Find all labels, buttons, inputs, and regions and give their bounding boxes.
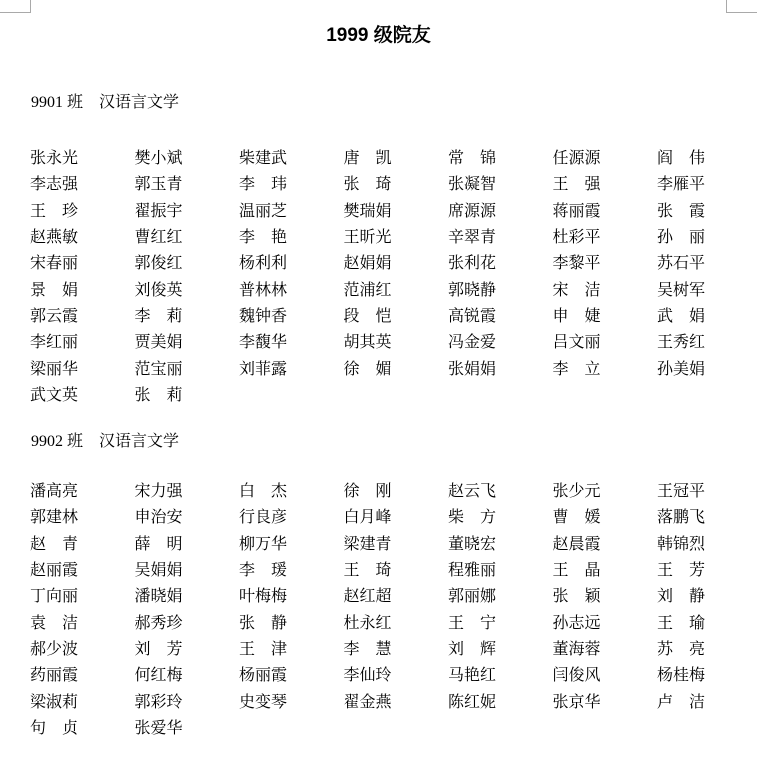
alumni-name: 刘俊英 (135, 278, 240, 304)
alumni-name: 白月峰 (344, 505, 449, 531)
alumni-name: 翟振宇 (135, 199, 240, 225)
alumni-name: 药丽霞 (30, 663, 135, 689)
alumni-name: 张 莉 (135, 383, 240, 409)
alumni-name: 张娟娟 (448, 357, 553, 383)
margin-crop-mark-right (726, 0, 757, 13)
alumni-name: 张利花 (448, 251, 553, 277)
alumni-name: 王 强 (553, 172, 658, 198)
alumni-name: 赵晨霞 (553, 532, 658, 558)
alumni-name: 落鹏飞 (657, 505, 757, 531)
alumni-name: 魏钟香 (239, 304, 344, 330)
alumni-name: 梁丽华 (30, 357, 135, 383)
alumni-name: 刘 芳 (135, 637, 240, 663)
alumni-name: 闫俊风 (553, 663, 658, 689)
alumni-name: 郭建林 (30, 505, 135, 531)
alumni-name: 郝少波 (30, 637, 135, 663)
alumni-name: 郭玉青 (135, 172, 240, 198)
alumni-name: 何红梅 (135, 663, 240, 689)
alumni-name: 董海蓉 (553, 637, 658, 663)
alumni-name: 程雅丽 (448, 558, 553, 584)
alumni-name: 柴 方 (448, 505, 553, 531)
alumni-name: 郭彩玲 (135, 690, 240, 716)
alumni-name: 孙志远 (553, 611, 658, 637)
alumni-name: 杨桂梅 (657, 663, 757, 689)
alumni-name: 刘 辉 (448, 637, 553, 663)
alumni-name: 张京华 (553, 690, 658, 716)
alumni-name: 吴娟娟 (135, 558, 240, 584)
alumni-name: 李 慧 (344, 637, 449, 663)
alumni-name: 范宝丽 (135, 357, 240, 383)
alumni-name: 赵云飞 (448, 479, 553, 505)
alumni-name: 王 珍 (30, 199, 135, 225)
alumni-name: 陈红妮 (448, 690, 553, 716)
alumni-name: 张凝智 (448, 172, 553, 198)
alumni-name: 樊小斌 (135, 146, 240, 172)
alumni-name: 李 立 (553, 357, 658, 383)
alumni-name: 柳万华 (239, 532, 344, 558)
section-header-9901: 9901 班 汉语言文学 (31, 93, 179, 112)
alumni-name: 孙 丽 (657, 225, 757, 251)
alumni-name: 张少元 (553, 479, 658, 505)
alumni-name: 高锐霞 (448, 304, 553, 330)
alumni-name: 丁向丽 (30, 584, 135, 610)
alumni-name: 胡其英 (344, 330, 449, 356)
alumni-name: 王 宁 (448, 611, 553, 637)
alumni-name: 李志强 (30, 172, 135, 198)
alumni-name: 梁建青 (344, 532, 449, 558)
alumni-name: 樊瑞娟 (344, 199, 449, 225)
document-page: 1999 级院友 9901 班 汉语言文学 张永光樊小斌柴建武唐 凯常 锦任源源… (0, 0, 757, 758)
alumni-name: 景 娟 (30, 278, 135, 304)
alumni-name: 张永光 (30, 146, 135, 172)
alumni-name: 辛翠青 (448, 225, 553, 251)
alumni-name: 马艳红 (448, 663, 553, 689)
alumni-name: 申治安 (135, 505, 240, 531)
alumni-name: 董晓宏 (448, 532, 553, 558)
alumni-name: 卢 洁 (657, 690, 757, 716)
alumni-name: 张 颖 (553, 584, 658, 610)
alumni-name: 李 莉 (135, 304, 240, 330)
alumni-name: 宋 洁 (553, 278, 658, 304)
alumni-name: 李红丽 (30, 330, 135, 356)
alumni-name: 王冠平 (657, 479, 757, 505)
alumni-name: 潘高亮 (30, 479, 135, 505)
alumni-name: 范浦红 (344, 278, 449, 304)
page-title: 1999 级院友 (0, 25, 757, 47)
alumni-name: 张 静 (239, 611, 344, 637)
alumni-name: 王 津 (239, 637, 344, 663)
alumni-name: 席源源 (448, 199, 553, 225)
alumni-name: 武文英 (30, 383, 135, 409)
alumni-name: 杜彩平 (553, 225, 658, 251)
alumni-name: 李 艳 (239, 225, 344, 251)
alumni-name: 句 贞 (30, 716, 135, 742)
alumni-name: 任源源 (553, 146, 658, 172)
alumni-name: 叶梅梅 (239, 584, 344, 610)
alumni-name: 曹红红 (135, 225, 240, 251)
margin-crop-mark-left (0, 0, 31, 13)
alumni-name: 王秀红 (657, 330, 757, 356)
alumni-name: 潘晓娟 (135, 584, 240, 610)
alumni-name: 杜永红 (344, 611, 449, 637)
alumni-name: 赵丽霞 (30, 558, 135, 584)
alumni-name: 王 瑜 (657, 611, 757, 637)
alumni-name: 郭丽娜 (448, 584, 553, 610)
alumni-name: 唐 凯 (344, 146, 449, 172)
alumni-name: 柴建武 (239, 146, 344, 172)
alumni-name: 刘 静 (657, 584, 757, 610)
alumni-name: 王昕光 (344, 225, 449, 251)
alumni-name: 梁淑莉 (30, 690, 135, 716)
alumni-name: 申 婕 (553, 304, 658, 330)
alumni-name: 温丽芝 (239, 199, 344, 225)
alumni-name: 蒋丽霞 (553, 199, 658, 225)
alumni-name: 吴树军 (657, 278, 757, 304)
alumni-name: 曹 媛 (553, 505, 658, 531)
alumni-name: 徐 刚 (344, 479, 449, 505)
alumni-name: 行良彦 (239, 505, 344, 531)
alumni-name: 李仙玲 (344, 663, 449, 689)
alumni-name: 杨利利 (239, 251, 344, 277)
alumni-name: 吕文丽 (553, 330, 658, 356)
alumni-name-grid-9901: 张永光樊小斌柴建武唐 凯常 锦任源源阎 伟李志强郭玉青李 玮张 琦张凝智王 强李… (30, 146, 757, 409)
alumni-name: 刘菲露 (239, 357, 344, 383)
alumni-name: 李雁平 (657, 172, 757, 198)
alumni-name: 郭俊红 (135, 251, 240, 277)
alumni-name: 王 晶 (553, 558, 658, 584)
alumni-name: 李馥华 (239, 330, 344, 356)
alumni-name: 白 杰 (239, 479, 344, 505)
alumni-name: 赵燕敏 (30, 225, 135, 251)
alumni-name: 徐 媚 (344, 357, 449, 383)
alumni-name: 贾美娟 (135, 330, 240, 356)
alumni-name: 赵 青 (30, 532, 135, 558)
alumni-name: 冯金爱 (448, 330, 553, 356)
alumni-name: 张 琦 (344, 172, 449, 198)
alumni-name: 史变琴 (239, 690, 344, 716)
alumni-name: 王 琦 (344, 558, 449, 584)
alumni-name: 苏石平 (657, 251, 757, 277)
alumni-name: 韩锦烈 (657, 532, 757, 558)
alumni-name: 张 霞 (657, 199, 757, 225)
alumni-name: 宋力强 (135, 479, 240, 505)
alumni-name: 赵娟娟 (344, 251, 449, 277)
alumni-name: 赵红超 (344, 584, 449, 610)
alumni-name: 郝秀珍 (135, 611, 240, 637)
alumni-name: 翟金燕 (344, 690, 449, 716)
alumni-name: 宋春丽 (30, 251, 135, 277)
alumni-name: 段 恺 (344, 304, 449, 330)
alumni-name: 普林林 (239, 278, 344, 304)
alumni-name-grid-9902: 潘高亮宋力强白 杰徐 刚赵云飞张少元王冠平郭建林申治安行良彦白月峰柴 方曹 媛落… (30, 479, 757, 742)
alumni-name: 王 芳 (657, 558, 757, 584)
alumni-name: 李黎平 (553, 251, 658, 277)
alumni-name: 袁 洁 (30, 611, 135, 637)
alumni-name: 李 瑗 (239, 558, 344, 584)
alumni-name: 薛 明 (135, 532, 240, 558)
alumni-name: 李 玮 (239, 172, 344, 198)
alumni-name: 杨丽霞 (239, 663, 344, 689)
alumni-name: 阎 伟 (657, 146, 757, 172)
alumni-name: 孙美娟 (657, 357, 757, 383)
alumni-name: 张爱华 (135, 716, 240, 742)
alumni-name: 常 锦 (448, 146, 553, 172)
alumni-name: 郭云霞 (30, 304, 135, 330)
alumni-name: 苏 亮 (657, 637, 757, 663)
alumni-name: 郭晓静 (448, 278, 553, 304)
alumni-name: 武 娟 (657, 304, 757, 330)
section-header-9902: 9902 班 汉语言文学 (31, 432, 179, 451)
